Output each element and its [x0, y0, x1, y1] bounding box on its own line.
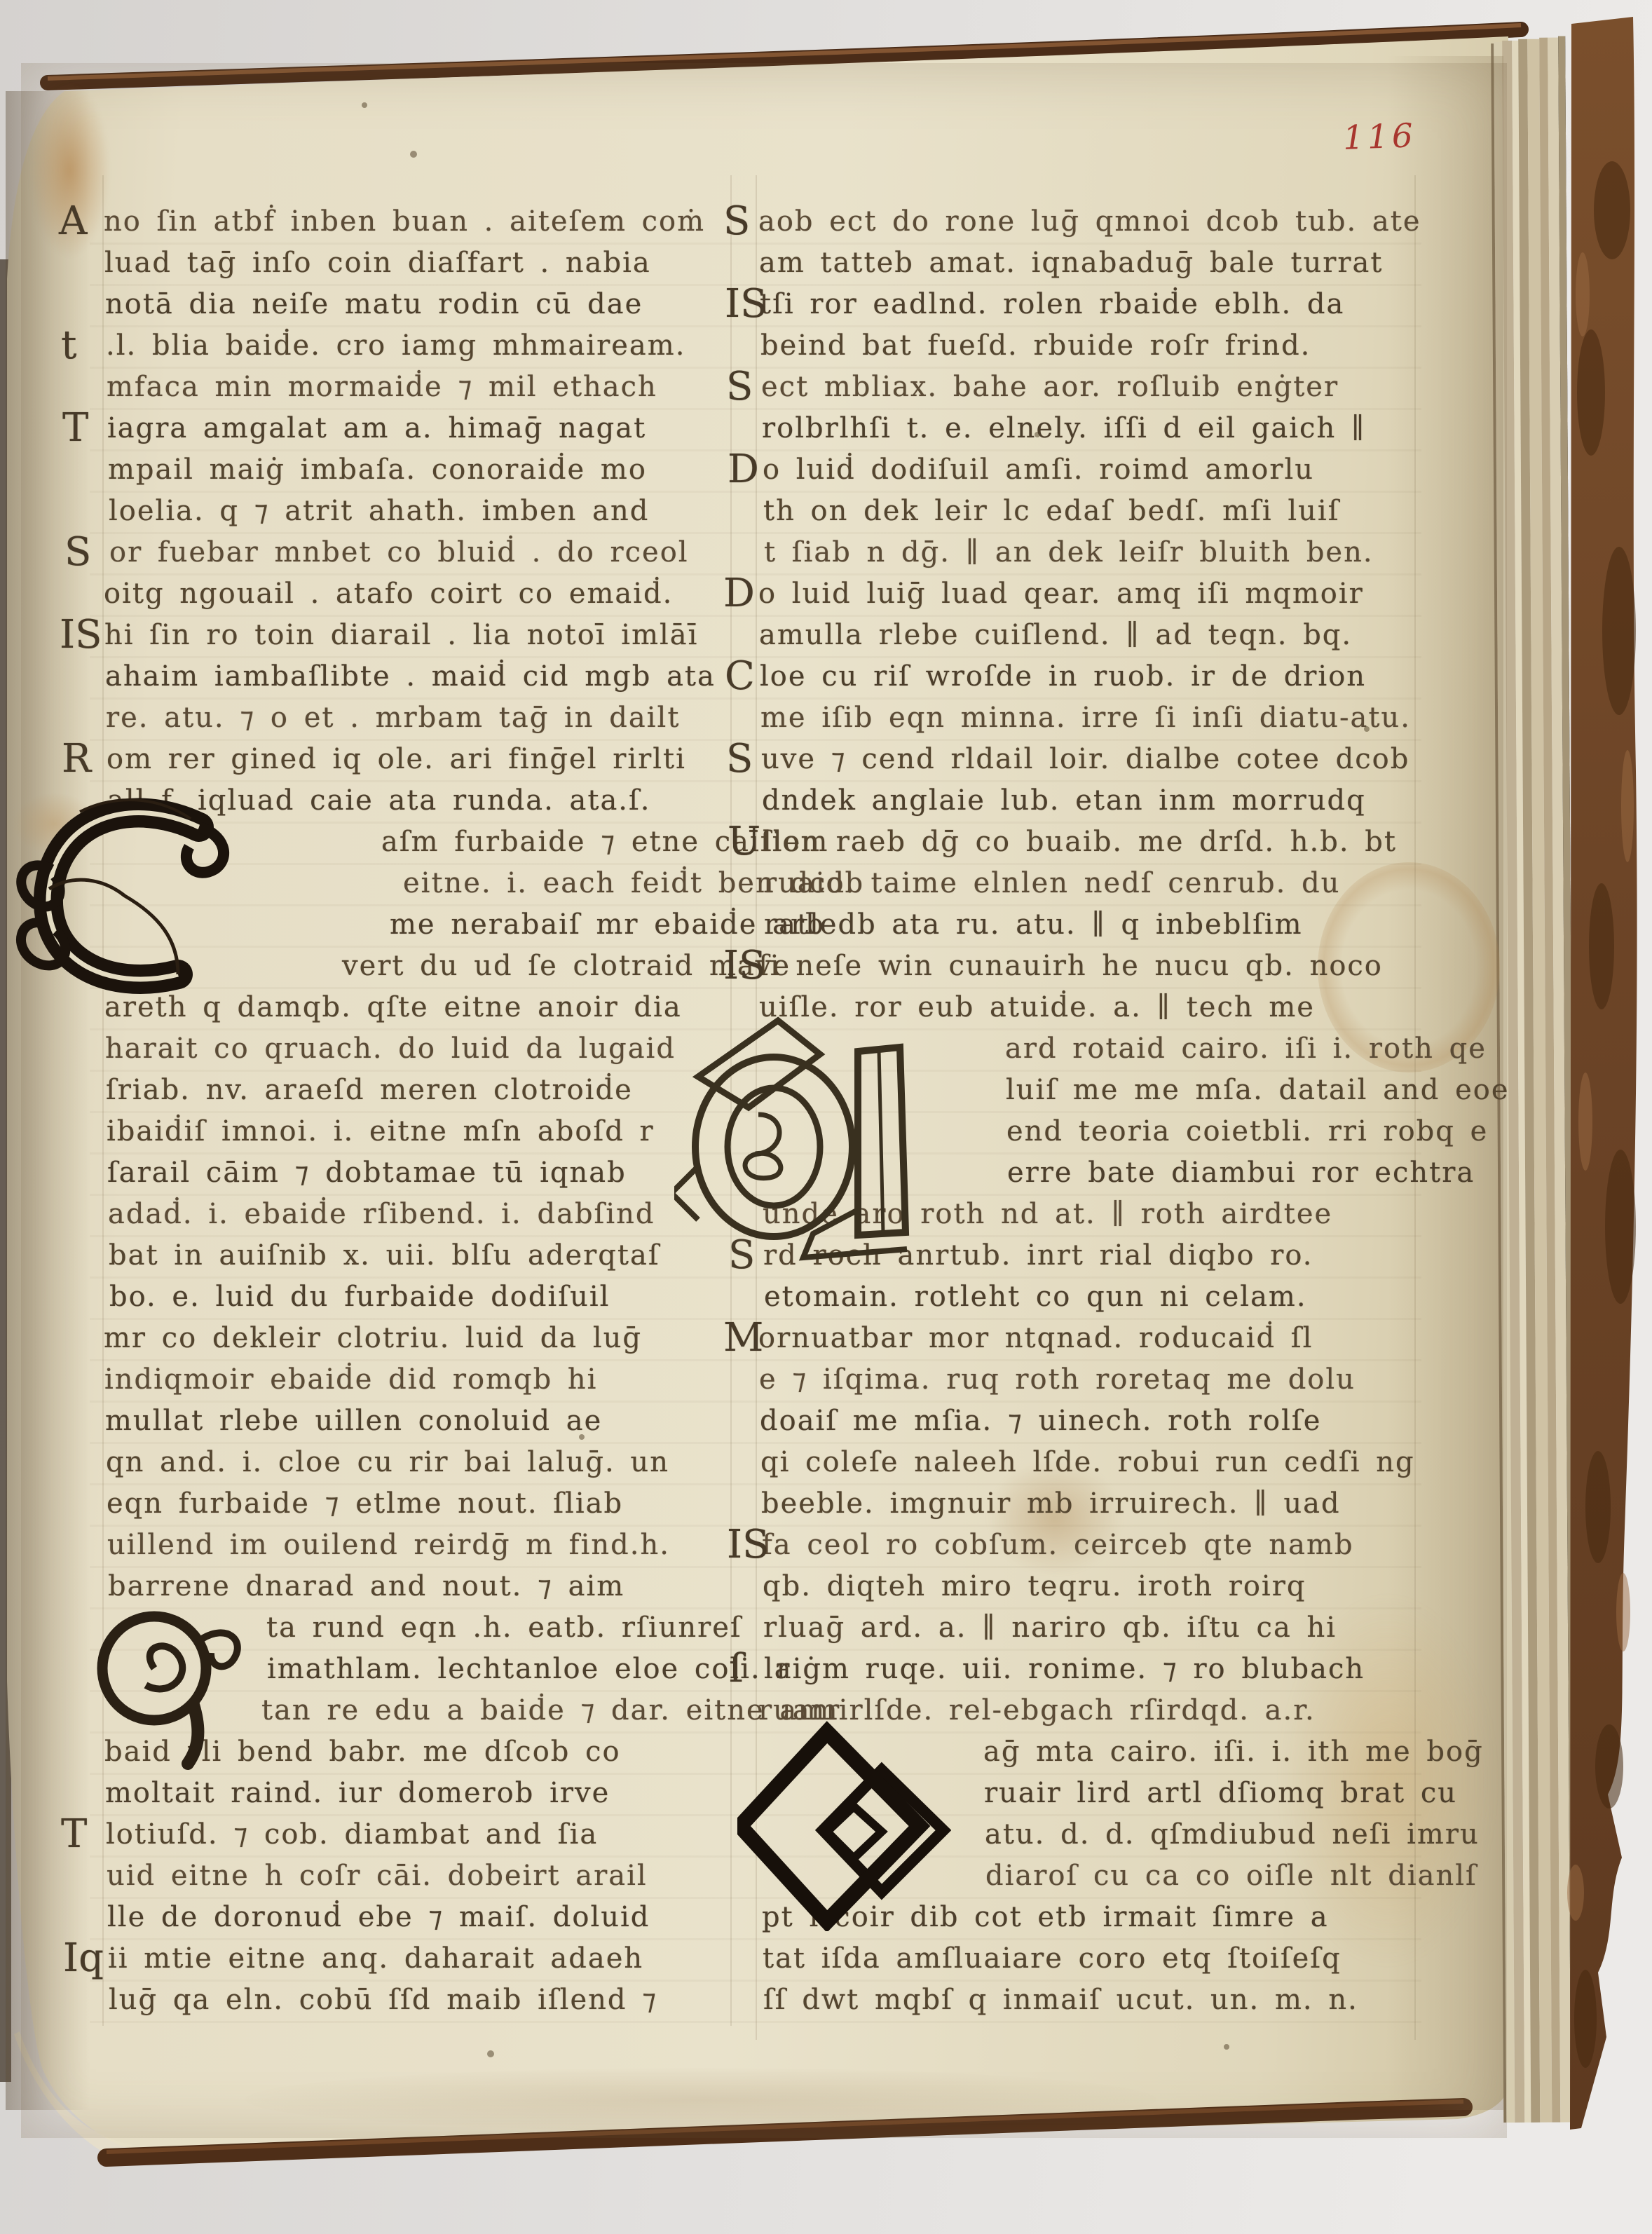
manuscript-text: dndek anglaie lub. etan inm morrudq: [762, 784, 1366, 817]
manuscript-text: uve ⁊ cend rldail loir. dialbe cotee dco…: [761, 743, 1409, 775]
manuscript-line: ISfa ceol ro cobſum. ceirceb qte namb: [762, 1529, 1354, 1570]
manuscript-line: ruair lird artl dſiomq brat cu: [984, 1777, 1457, 1818]
manuscript-line: loelia. q ⁊ atrit ahath. imben and: [109, 495, 649, 536]
manuscript-line: oitg ngouail . atafo coirt co emaiḋ.: [104, 578, 673, 619]
manuscript-line: me iſib eqn minna. irre ſi inſi diatu-at…: [760, 702, 1411, 743]
manuscript-text: loe cu riſ wroſde in ruob. ir de drion: [760, 660, 1366, 693]
manuscript-text: diaroſ cu ca co oiſle nlt dianlſ: [985, 1860, 1477, 1892]
manuscript-text: ta rund eqn .h. eatb. rſiunreſ: [266, 1612, 742, 1644]
manuscript-text: ruaid. taime elnlen nedſ cenrub. du: [763, 867, 1340, 899]
manuscript-line: tat iſda amſluaiare coro etq ſtoiſeſq: [763, 1942, 1342, 1984]
manuscript-line: atu. d. d. qſmdiubud neſi imru: [985, 1818, 1480, 1860]
manuscript-line: adaḋ. i. ebaiḋe rſibend. i. dabſind: [108, 1198, 655, 1239]
manuscript-line: ta rund eqn .h. eatb. rſiunreſ: [266, 1612, 742, 1653]
manuscript-text: uid eitne h coſr cāi. dobeirt arail: [107, 1860, 648, 1892]
manuscript-text: harait co qruach. do luid da lugaid: [105, 1033, 676, 1065]
manuscript-text: rluaḡ ard. a. ∥ nariro qb. iſtu ca hi: [763, 1612, 1337, 1644]
manuscript-line: uid eitne h coſr cāi. dobeirt arail: [107, 1860, 648, 1901]
decorated-initial-outlined-a: [674, 1009, 920, 1268]
manuscript-line: mfaca min mormaiḋe ⁊ mil ethach: [107, 371, 657, 412]
manuscript-line: Cloe cu riſ wroſde in ruob. ir de drion: [760, 660, 1366, 702]
versal-letter: R: [62, 736, 91, 782]
versal-letter: t: [61, 322, 77, 368]
manuscript-text: re. atu. ⁊ o et . mrbam taḡ in dailt: [106, 702, 680, 734]
manuscript-line: Ano ſin atbḟ inben buan . aiteſem coṁ: [104, 205, 705, 247]
manuscript-text: bo. e. luid du furbaide dodiſuil: [109, 1281, 610, 1313]
manuscript-text: rolbrlhſi t. e. elnely. iſſi d eil gaich…: [762, 412, 1365, 444]
manuscript-text: beeble. imgnuir mb irruirech. ∥ uad: [761, 1487, 1341, 1520]
manuscript-line: diaroſ cu ca co oiſle nlt dianlſ: [985, 1860, 1477, 1901]
manuscript-line: qn and. i. cloe cu rir bai laluḡ. un: [106, 1446, 669, 1487]
manuscript-text: ſriab. nv. araeſd meren clotroiḋe: [106, 1074, 633, 1106]
versal-letter: Iq: [63, 1935, 104, 1981]
manuscript-text: oitg ngouail . atafo coirt co emaiḋ.: [104, 578, 673, 610]
manuscript-line: t.l. blia baiḋe. cro iamg mhmaiream.: [106, 329, 685, 371]
versal-letter: D: [728, 447, 759, 492]
versal-letter: S: [723, 198, 750, 244]
manuscript-text: o luiḋ dodiſuil amſi. roimd amorlu: [763, 454, 1314, 486]
versal-letter: T: [61, 1811, 87, 1857]
versal-letter: A: [59, 198, 87, 244]
manuscript-text: e ⁊ iſqima. ruq roth roretaq me dolu: [759, 1363, 1356, 1396]
decorated-initial-knotwork-c: [15, 791, 247, 1007]
manuscript-line: ratledb ata ru. atu. ∥ q inbeblſim: [764, 908, 1303, 950]
manuscript-text: doaiſ me mſia. ⁊ uinech. roth rolſe: [760, 1405, 1321, 1437]
manuscript-text: luḡ qa eln. cobū ſſd maib iſlend ⁊: [109, 1984, 657, 2016]
manuscript-text: ard rotaid cairo. iſi i. roth qe: [1005, 1033, 1487, 1065]
manuscript-text: eqn furbaide ⁊ etlme nout. ſliab: [107, 1487, 623, 1520]
manuscript-line: barrene dnarad and nout. ⁊ aim: [108, 1570, 624, 1612]
manuscript-line: ard rotaid cairo. iſi i. roth qe: [1005, 1033, 1487, 1074]
manuscript-text: llen raeb dḡ co buaib. me drſd. h.b. bt: [763, 826, 1397, 858]
manuscript-line: Iqii mtie eitne anq. daharait adaeh: [108, 1942, 643, 1984]
manuscript-line: Rom rer gined iq ole. ari finḡel rirlti: [107, 743, 686, 784]
versal-letter: M: [723, 1315, 763, 1361]
manuscript-line: Saob ect do rone luḡ qmnoi dcob tub. ate: [758, 205, 1421, 247]
manuscript-text: o luid luiḡ luad qear. amq iſi mqmoir: [758, 578, 1364, 610]
manuscript-line: ſlaiġm ruqe. uii. ronime. ⁊ ro blubach: [764, 1653, 1365, 1694]
manuscript-line: Suve ⁊ cend rldail loir. dialbe cotee dc…: [761, 743, 1409, 784]
manuscript-text: mullat rlebe uillen conoluid ae: [105, 1405, 602, 1437]
manuscript-text: th on dek leir lc edaſ bedſ. mſi luiſ: [763, 495, 1340, 527]
manuscript-line: aḡ mta cairo. iſi. i. ith me boḡ: [983, 1736, 1484, 1777]
manuscript-text: tat iſda amſluaiare coro etq ſtoiſeſq: [763, 1942, 1342, 1975]
manuscript-text: laiġm ruqe. uii. ronime. ⁊ ro blubach: [764, 1653, 1365, 1685]
manuscript-text: moltait raind. iur domerob irve: [105, 1777, 610, 1809]
manuscript-text: imathlam. lechtanloe eloe coli. r: [267, 1653, 791, 1685]
manuscript-text: end teoria coietbli. rri robq e: [1006, 1115, 1488, 1147]
versal-letter: IS: [723, 943, 765, 988]
manuscript-line: Ullen raeb dḡ co buaib. me drſd. h.b. bt: [763, 826, 1397, 867]
manuscript-line: ſarail cāim ⁊ dobtamae tū iqnab: [107, 1157, 627, 1198]
manuscript-line: lle de doronuḋ ebe ⁊ maiſ. doluid: [107, 1901, 650, 1942]
manuscript-line: luiſ me me mſa. datail and eoe: [1006, 1074, 1510, 1115]
manuscript-line: bat in auiſnib x. uii. blſu aderqtaſ: [109, 1239, 660, 1281]
versal-letter: D: [723, 571, 755, 616]
manuscript-line: Do luiḋ dodiſuil amſi. roimd amorlu: [763, 454, 1314, 495]
manuscript-text: me iſib eqn minna. irre ſi inſi diatu-at…: [760, 702, 1411, 734]
folio-number: 116: [1342, 116, 1417, 158]
versal-letter: C: [725, 653, 755, 699]
manuscript-line: re. atu. ⁊ o et . mrbam taḡ in dailt: [106, 702, 680, 743]
manuscript-text: loelia. q ⁊ atrit ahath. imben and: [109, 495, 649, 527]
manuscript-line: end teoria coietbli. rri robq e: [1006, 1115, 1488, 1157]
manuscript-line: eqn furbaide ⁊ etlme nout. ſliab: [107, 1487, 623, 1529]
manuscript-line: t ſiab n dḡ. ∥ an dek leiſr bluith ben.: [764, 536, 1374, 578]
manuscript-text: om rer gined iq ole. ari finḡel rirlti: [107, 743, 686, 775]
manuscript-line: mullat rlebe uillen conoluid ae: [105, 1405, 602, 1446]
manuscript-line: ſriab. nv. araeſd meren clotroiḋe: [106, 1074, 633, 1115]
manuscript-text: ſi neſe win cunauirh he nucu qb. noco: [758, 950, 1383, 982]
manuscript-text: barrene dnarad and nout. ⁊ aim: [108, 1570, 624, 1602]
manuscript-text: am tatteb amat. iqnabaduḡ bale turrat: [759, 247, 1383, 279]
manuscript-text: qi coleſe naleeh lſde. robui run cedſi n…: [760, 1446, 1415, 1478]
manuscript-text: ornuatbar mor ntqnad. roducaiḋ ſl: [758, 1322, 1313, 1354]
manuscript-line: am tatteb amat. iqnabaduḡ bale turrat: [759, 247, 1383, 288]
manuscript-line: e ⁊ iſqima. ruq roth roretaq me dolu: [759, 1363, 1356, 1405]
manuscript-text: qb. diqteh miro teqru. iroth roirq: [763, 1570, 1306, 1602]
manuscript-text: or fuebar mnbet co bluiḋ . do rceol: [109, 536, 689, 568]
manuscript-text: ſſ dwt mqbſ q inmaiſ ucut. un. m. n.: [763, 1984, 1358, 2016]
manuscript-line: ſſ dwt mqbſ q inmaiſ ucut. un. m. n.: [763, 1984, 1358, 2025]
versal-letter: U: [728, 819, 760, 864]
manuscript-line: mr co dekleir clotriu. luid da luḡ: [104, 1322, 642, 1363]
manuscript-line: etomain. rotleht co qun ni celam.: [764, 1281, 1307, 1322]
versal-letter: T: [62, 405, 88, 451]
manuscript-text: mfaca min mormaiḋe ⁊ mil ethach: [107, 371, 657, 403]
manuscript-line: ahaim iambaſlibte . maiḋ cid mgb ata: [105, 660, 716, 702]
manuscript-line: notā dia neiſe matu rodin cū dae: [105, 288, 643, 329]
manuscript-line: luad taḡ inſo coin diaſfart . nabia: [104, 247, 651, 288]
manuscript-text: luad taḡ inſo coin diaſfart . nabia: [104, 247, 651, 279]
manuscript-line: harait co qruach. do luid da lugaid: [105, 1033, 676, 1074]
manuscript-line: luḡ qa eln. cobū ſſd maib iſlend ⁊: [109, 1984, 657, 2025]
manuscript-text: qn and. i. cloe cu rir bai laluḡ. un: [106, 1446, 669, 1478]
manuscript-text: uillend im ouilend reirdḡ m find.h.: [107, 1529, 670, 1561]
manuscript-line: qb. diqteh miro teqru. iroth roirq: [763, 1570, 1306, 1612]
manuscript-text: ratledb ata ru. atu. ∥ q inbeblſim: [764, 908, 1303, 941]
manuscript-line: bo. e. luid du furbaide dodiſuil: [109, 1281, 610, 1322]
manuscript-text: aob ect do rone luḡ qmnoi dcob tub. ate: [758, 205, 1421, 238]
manuscript-text: etomain. rotleht co qun ni celam.: [764, 1281, 1307, 1313]
manuscript-line: uillend im ouilend reirdḡ m find.h.: [107, 1529, 670, 1570]
decorated-initial-diamond-m: [737, 1721, 951, 1934]
manuscript-line: beind bat fueſd. rbuide roſr frind.: [760, 329, 1311, 371]
manuscript-line: rolbrlhſi t. e. elnely. iſſi d eil gaich…: [762, 412, 1365, 454]
versal-letter: S: [64, 529, 91, 575]
manuscript-line: amulla rlebe cuiſlend. ∥ ad teqn. bq.: [759, 619, 1352, 660]
versal-letter: S: [726, 364, 753, 409]
manuscript-line: moltait raind. iur domerob irve: [105, 1777, 610, 1818]
manuscript-text: bat in auiſnib x. uii. blſu aderqtaſ: [109, 1239, 660, 1272]
manuscript-line: Tiagra amgalat am a. himaḡ nagat: [107, 412, 646, 454]
manuscript-text: t ſiab n dḡ. ∥ an dek leiſr bluith ben.: [764, 536, 1374, 568]
manuscript-line: rluaḡ ard. a. ∥ nariro qb. iſtu ca hi: [763, 1612, 1337, 1653]
manuscript-text: hi ſin ro toin diarail . lia notoī imlāī: [104, 619, 698, 651]
manuscript-photo: 116 Ano ſin atbḟ inben buan . aiteſem co…: [0, 0, 1652, 2234]
manuscript-text: ii mtie eitne anq. daharait adaeh: [108, 1942, 643, 1975]
manuscript-line: doaiſ me mſia. ⁊ uinech. roth rolſe: [760, 1405, 1321, 1446]
manuscript-text: erre bate diambui ror echtra: [1007, 1157, 1475, 1189]
manuscript-text: beind bat fueſd. rbuide roſr frind.: [760, 329, 1311, 362]
manuscript-line: IStſi ror eadlnd. rolen rbaiḋe eblh. da: [760, 288, 1344, 329]
manuscript-line: dndek anglaie lub. etan inm morrudq: [762, 784, 1366, 826]
manuscript-text: aḡ mta cairo. iſi. i. ith me boḡ: [983, 1736, 1484, 1768]
manuscript-line: ruaid. taime elnlen nedſ cenrub. du: [763, 867, 1340, 908]
manuscript-line: ibaiḋiſ imnoi. i. eitne mſn aboſd r: [107, 1115, 655, 1157]
manuscript-line: Tlotiuſd. ⁊ cob. diambat and ſia: [106, 1818, 598, 1860]
manuscript-text: atu. d. d. qſmdiubud neſi imru: [985, 1818, 1480, 1851]
manuscript-text: adaḋ. i. ebaiḋe rſibend. i. dabſind: [108, 1198, 655, 1230]
manuscript-text: me nerabaiſ mr ebaiḋe arb: [390, 908, 825, 941]
manuscript-text: indiqmoir ebaiḋe did romqb hi: [104, 1363, 597, 1396]
manuscript-text: .l. blia baiḋe. cro iamg mhmaiream.: [106, 329, 685, 362]
manuscript-line: IShi ſin ro toin diarail . lia notoī iml…: [104, 619, 698, 660]
versal-letter: IS: [60, 612, 102, 658]
manuscript-line: Sect mbliax. bahe aor. roſluib enġter: [761, 371, 1339, 412]
manuscript-text: tſi ror eadlnd. rolen rbaiḋe eblh. da: [760, 288, 1344, 320]
manuscript-text: ect mbliax. bahe aor. roſluib enġter: [761, 371, 1339, 403]
manuscript-line: Mornuatbar mor ntqnad. roducaiḋ ſl: [758, 1322, 1313, 1363]
versal-letter: IS: [725, 281, 767, 327]
manuscript-text: lle de doronuḋ ebe ⁊ maiſ. doluid: [107, 1901, 650, 1933]
decorated-initial-round-p: [90, 1607, 251, 1774]
manuscript-line: indiqmoir ebaiḋe did romqb hi: [104, 1363, 597, 1405]
manuscript-line: beeble. imgnuir mb irruirech. ∥ uad: [761, 1487, 1341, 1529]
manuscript-line: erre bate diambui ror echtra: [1007, 1157, 1475, 1198]
manuscript-line: th on dek leir lc edaſ bedſ. mſi luiſ: [763, 495, 1340, 536]
versal-letter: S: [726, 736, 753, 782]
manuscript-line: Sor fuebar mnbet co bluiḋ . do rceol: [109, 536, 689, 578]
manuscript-text: no ſin atbḟ inben buan . aiteſem coṁ: [104, 205, 705, 238]
manuscript-text: lotiuſd. ⁊ cob. diambat and ſia: [106, 1818, 598, 1851]
manuscript-text: ruair lird artl dſiomq brat cu: [984, 1777, 1457, 1809]
manuscript-text: amulla rlebe cuiſlend. ∥ ad teqn. bq.: [759, 619, 1352, 651]
manuscript-text: ibaiḋiſ imnoi. i. eitne mſn aboſd r: [107, 1115, 655, 1147]
manuscript-line: qi coleſe naleeh lſde. robui run cedſi n…: [760, 1446, 1415, 1487]
manuscript-text: ahaim iambaſlibte . maiḋ cid mgb ata: [105, 660, 716, 693]
manuscript-line: imathlam. lechtanloe eloe coli. r: [267, 1653, 791, 1694]
versal-letter: IS: [727, 1522, 769, 1567]
versal-letter: ſ: [729, 1646, 744, 1691]
manuscript-text: fa ceol ro cobſum. ceirceb qte namb: [762, 1529, 1354, 1561]
manuscript-text: notā dia neiſe matu rodin cū dae: [105, 288, 643, 320]
manuscript-text: luiſ me me mſa. datail and eoe: [1006, 1074, 1510, 1106]
manuscript-line: ISſi neſe win cunauirh he nucu qb. noco: [758, 950, 1383, 991]
manuscript-text: iagra amgalat am a. himaḡ nagat: [107, 412, 646, 444]
manuscript-text: ſarail cāim ⁊ dobtamae tū iqnab: [107, 1157, 627, 1189]
manuscript-text: mpail maiġ imbaſa. conoraiḋe mo: [108, 454, 647, 486]
manuscript-text: mr co dekleir clotriu. luid da luḡ: [104, 1322, 642, 1354]
manuscript-line: mpail maiġ imbaſa. conoraiḋe mo: [108, 454, 647, 495]
manuscript-line: Do luid luiḡ luad qear. amq iſi mqmoir: [758, 578, 1364, 619]
